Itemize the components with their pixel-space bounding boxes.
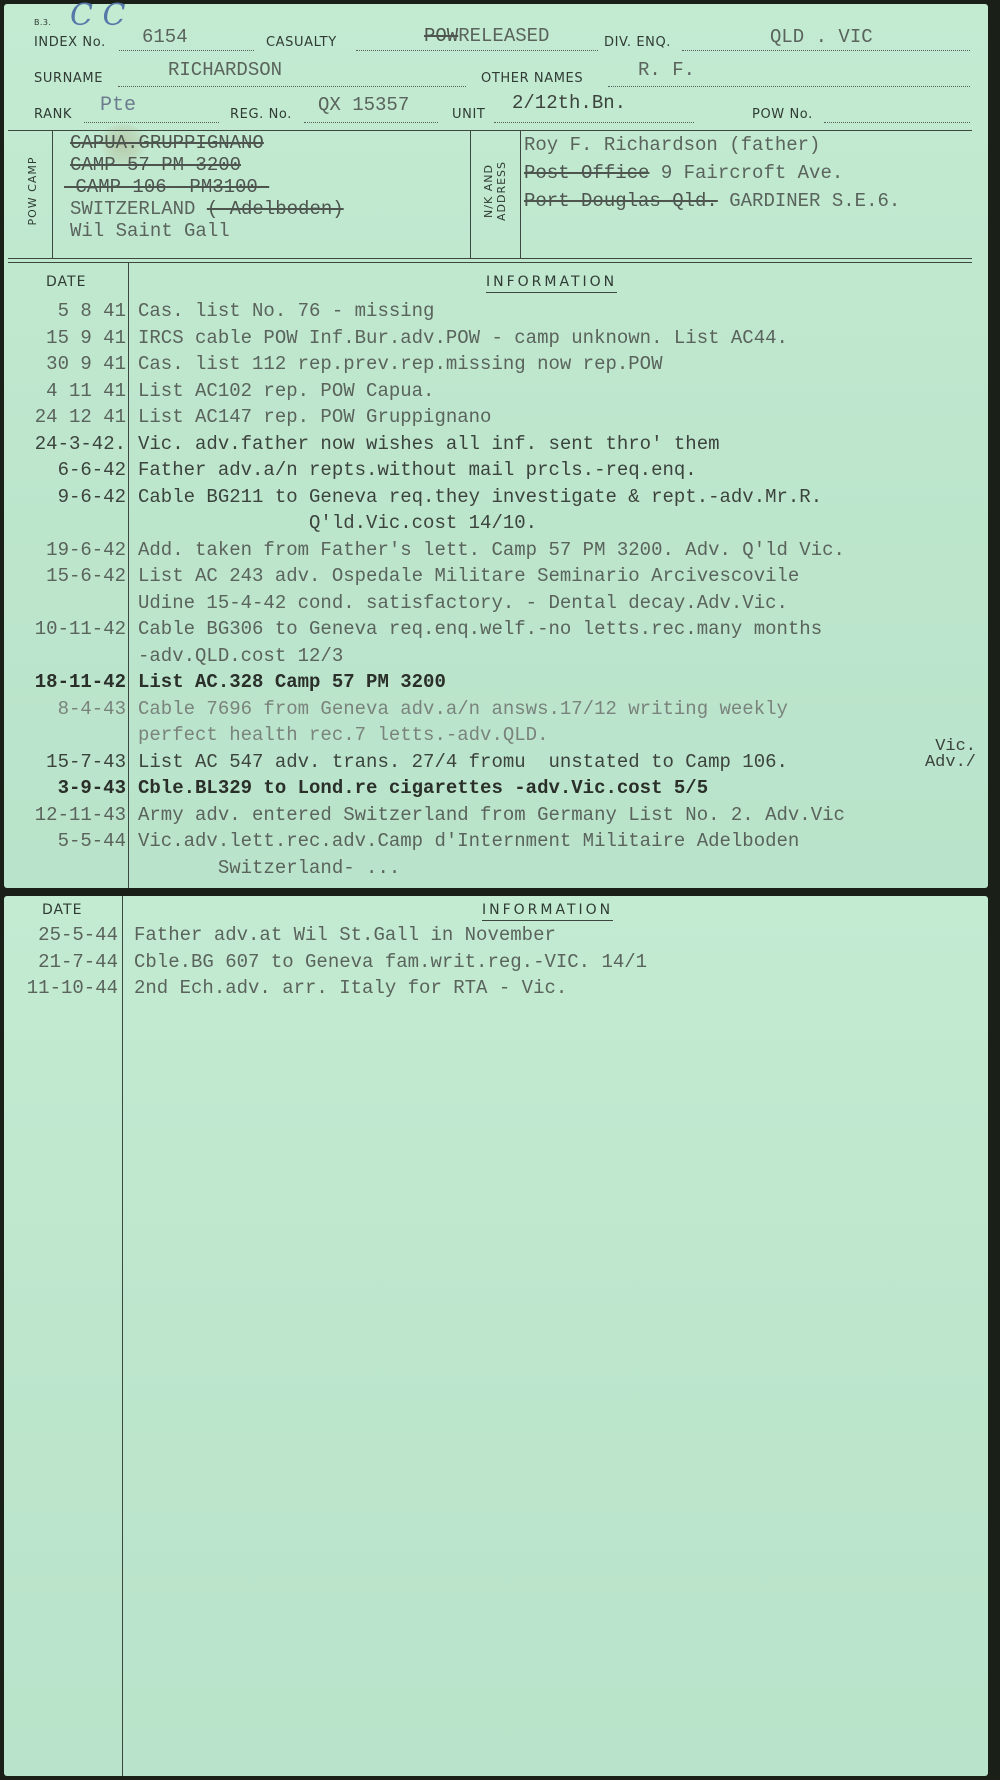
entry-date: 15 9 41 xyxy=(8,327,126,349)
record-card-back: DATE INFORMATION 25-5-44Father adv.at Wi… xyxy=(4,896,988,1776)
reg-no-value: QX 15357 xyxy=(318,94,409,116)
entry-info: Vic.adv.lett.rec.adv.Camp d'Internment M… xyxy=(138,830,799,852)
record-card-front: B.3. C C INDEX No. 6154 CASUALTY POWRELE… xyxy=(4,4,988,888)
pow-camp-line: CAPUA.GRUPPIGNANO xyxy=(70,132,264,154)
index-label: INDEX No. xyxy=(34,35,106,50)
unit-value: 2/12th.Bn. xyxy=(512,92,626,114)
reg-no-label: REG. No. xyxy=(230,107,292,122)
entry-info: -adv.QLD.cost 12/3 xyxy=(138,645,343,667)
entry-date: 9-6-42 xyxy=(8,486,126,508)
entry-info: Cas. list No. 76 - missing xyxy=(138,300,434,322)
entry-info: Q'ld.Vic.cost 14/10. xyxy=(138,512,537,534)
nok-line: GARDINER S.E.6. xyxy=(718,190,900,212)
entry-date: 25-5-44 xyxy=(4,924,118,946)
date-column-header: DATE xyxy=(42,902,82,918)
entry-info: Udine 15-4-42 cond. satisfactory. - Dent… xyxy=(138,592,788,614)
entry-date: 8-4-43 xyxy=(8,698,126,720)
entry-info: Cble.BG 607 to Geneva fam.writ.reg.-VIC.… xyxy=(134,951,647,973)
entry-info: Cable BG211 to Geneva req.they investiga… xyxy=(138,486,822,508)
entry-date: 6-6-42 xyxy=(8,459,126,481)
entry-info: perfect health rec.7 letts.-adv.QLD. xyxy=(138,724,548,746)
entry-info: Army adv. entered Switzerland from Germa… xyxy=(138,804,845,826)
pow-no-label: POW No. xyxy=(752,107,813,122)
entry-info: Cas. list 112 rep.prev.rep.missing now r… xyxy=(138,353,663,375)
entry-info: List AC 547 adv. trans. 27/4 fromu unsta… xyxy=(138,751,788,773)
entry-info: Vic. adv.father now wishes all inf. sent… xyxy=(138,433,720,455)
entry-info: IRCS cable POW Inf.Bur.adv.POW - camp un… xyxy=(138,327,788,349)
unit-label: UNIT xyxy=(452,107,485,122)
nok-address-label: N/K ANDADDRESS xyxy=(482,146,508,236)
pow-camp-label: POW CAMP xyxy=(26,146,39,236)
entry-date: 3-9-43 xyxy=(8,777,126,799)
pow-camp-line: SWITZERLAND xyxy=(70,198,195,220)
entry-info: List AC 243 adv. Ospedale Militare Semin… xyxy=(138,565,799,587)
entry-info: List AC147 rep. POW Gruppignano xyxy=(138,406,491,428)
entry-info: List AC.328 Camp 57 PM 3200 xyxy=(138,671,446,693)
div-enq-value: QLD . VIC xyxy=(770,26,873,48)
entry-info: Cable BG306 to Geneva req.enq.welf.-no l… xyxy=(138,618,822,640)
entry-date: 19-6-42 xyxy=(8,539,126,561)
handwritten-marks: C C xyxy=(70,0,125,33)
entry-date: 15-7-43 xyxy=(8,751,126,773)
form-code: B.3. xyxy=(34,18,51,27)
pow-camp-line-struck: ( Adelboden) xyxy=(207,198,344,220)
entry-date: 5 8 41 xyxy=(8,300,126,322)
date-column-header: DATE xyxy=(46,274,86,290)
pow-camp-line: Wil Saint Gall xyxy=(70,220,230,242)
information-column-header: INFORMATION xyxy=(486,274,617,293)
entry-info: Add. taken from Father's lett. Camp 57 P… xyxy=(138,539,845,561)
rank-value: Pte xyxy=(100,94,136,117)
div-enq-label: DIV. ENQ. xyxy=(604,35,671,50)
entry-info: List AC102 rep. POW Capua. xyxy=(138,380,434,402)
information-column-header: INFORMATION xyxy=(482,902,613,921)
casualty-label: CASUALTY xyxy=(266,35,337,50)
pow-camp-line: CAMP 57-PM-3200 xyxy=(70,154,241,176)
entry-date: 5-5-44 xyxy=(8,830,126,852)
entry-date: 21-7-44 xyxy=(4,951,118,973)
nok-line: Roy F. Richardson (father) xyxy=(524,134,820,156)
surname-label: SURNAME xyxy=(34,71,103,86)
nok-line: 9 Faircroft Ave. xyxy=(649,162,843,184)
entry-date: 12-11-43 xyxy=(8,804,126,826)
entry-info: Cable 7696 from Geneva adv.a/n answs.17/… xyxy=(138,698,788,720)
entry-info: 2nd Ech.adv. arr. Italy for RTA - Vic. xyxy=(134,977,567,999)
other-names-label: OTHER NAMES xyxy=(481,71,583,86)
rank-label: RANK xyxy=(34,107,72,122)
entry-info: Switzerland- ... xyxy=(138,857,400,879)
entry-date: 18-11-42 xyxy=(8,671,126,693)
entry-date: 15-6-42 xyxy=(8,565,126,587)
entry-date: 4 11 41 xyxy=(8,380,126,402)
entry-info: Cble.BL329 to Lond.re cigarettes -adv.Vi… xyxy=(138,777,708,799)
entry-date: 24-3-42. xyxy=(8,433,126,455)
entry-date: 30 9 41 xyxy=(8,353,126,375)
entry-info: Father adv.at Wil St.Gall in November xyxy=(134,924,556,946)
entry-side-note: Adv./ xyxy=(925,753,976,772)
entry-date: 11-10-44 xyxy=(4,977,118,999)
pow-camp-line: -CAMP-106 -PM3100- xyxy=(64,176,269,198)
entry-date: 10-11-42 xyxy=(8,618,126,640)
casualty-value: POWRELEASED xyxy=(424,25,549,47)
entry-info: Father adv.a/n repts.without mail prcls.… xyxy=(138,459,697,481)
surname-value: RICHARDSON xyxy=(168,59,282,81)
index-value: 6154 xyxy=(142,26,188,48)
other-names-value: R. F. xyxy=(638,59,695,81)
entry-date: 24 12 41 xyxy=(8,406,126,428)
